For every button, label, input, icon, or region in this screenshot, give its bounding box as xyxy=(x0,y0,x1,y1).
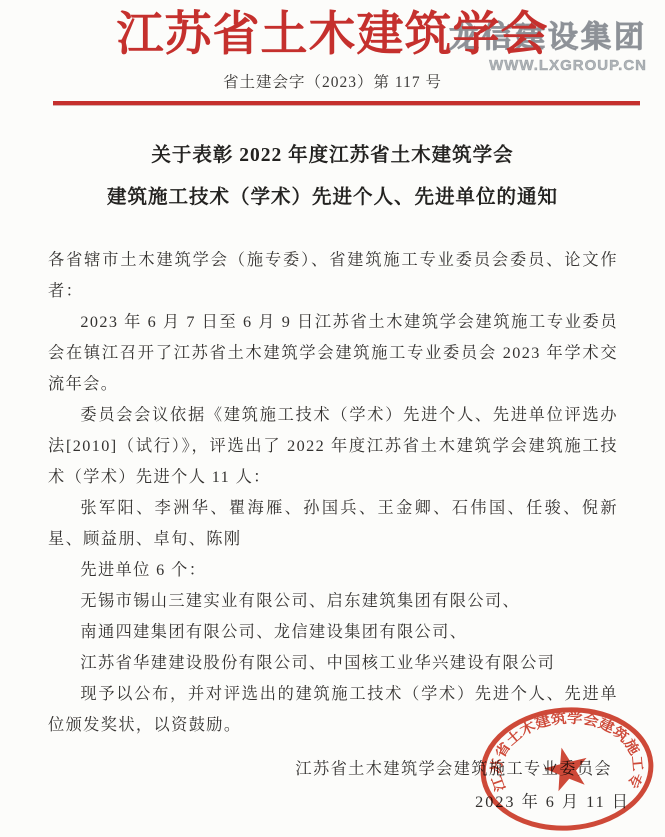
body-paragraph-units-1: 无锡市锡山三建实业有限公司、启东建筑集团有限公司、 xyxy=(48,586,618,617)
notice-title: 关于表彰 2022 年度江苏省土木建筑学会 建筑施工技术（学术）先进个人、先进单… xyxy=(0,135,665,219)
signature-organization: 江苏省土木建筑学会建筑施工专业委员会 xyxy=(0,755,665,779)
body-paragraph-meeting: 2023 年 6 月 7 日至 6 月 9 日江苏省土木建筑学会建筑施工专业委员… xyxy=(48,307,618,400)
body-paragraph-individuals: 张军阳、李洲华、瞿海雁、孙国兵、王金卿、石伟国、任骏、倪新星、顾益朋、卓旬、陈刚 xyxy=(48,493,618,555)
organization-title: 江苏省土木建筑学会 xyxy=(0,4,665,66)
scanned-notice-document: 龙信建设集团 WWW.LXGROUP.CN 江苏省土木建筑学会 省土建会字（20… xyxy=(0,0,665,837)
body-paragraph-basis: 委员会会议依据《建筑施工技术（学术）先进个人、先进单位评选办法[2010]（试行… xyxy=(48,400,618,493)
signature-date: 2023 年 6 月 11 日 xyxy=(0,788,665,812)
body-paragraph-units-2: 南通四建集团有限公司、龙信建设集团有限公司、 xyxy=(48,617,618,648)
letterhead: 江苏省土木建筑学会 省土建会字（2023）第 117 号 xyxy=(0,4,665,105)
body-paragraph-closing: 现予以公布，并对评选出的建筑施工技术（学术）先进个人、先进单位颁发奖状，以资鼓励… xyxy=(48,679,618,741)
document-body: 各省辖市土木建筑学会（施专委）、省建筑施工专业委员会委员、论文作者： 2023 … xyxy=(48,245,618,741)
body-paragraph-salutation: 各省辖市土木建筑学会（施专委）、省建筑施工专业委员会委员、论文作者： xyxy=(48,245,618,307)
letterhead-divider xyxy=(53,101,640,105)
notice-title-line2: 建筑施工技术（学术）先进个人、先进单位的通知 xyxy=(0,177,665,219)
body-paragraph-units-3: 江苏省华建建设股份有限公司、中国核工业华兴建设有限公司 xyxy=(48,648,618,679)
document-number: 省土建会字（2023）第 117 号 xyxy=(0,72,665,94)
notice-title-line1: 关于表彰 2022 年度江苏省土木建筑学会 xyxy=(0,135,665,177)
body-paragraph-units-heading: 先进单位 6 个： xyxy=(48,555,618,586)
